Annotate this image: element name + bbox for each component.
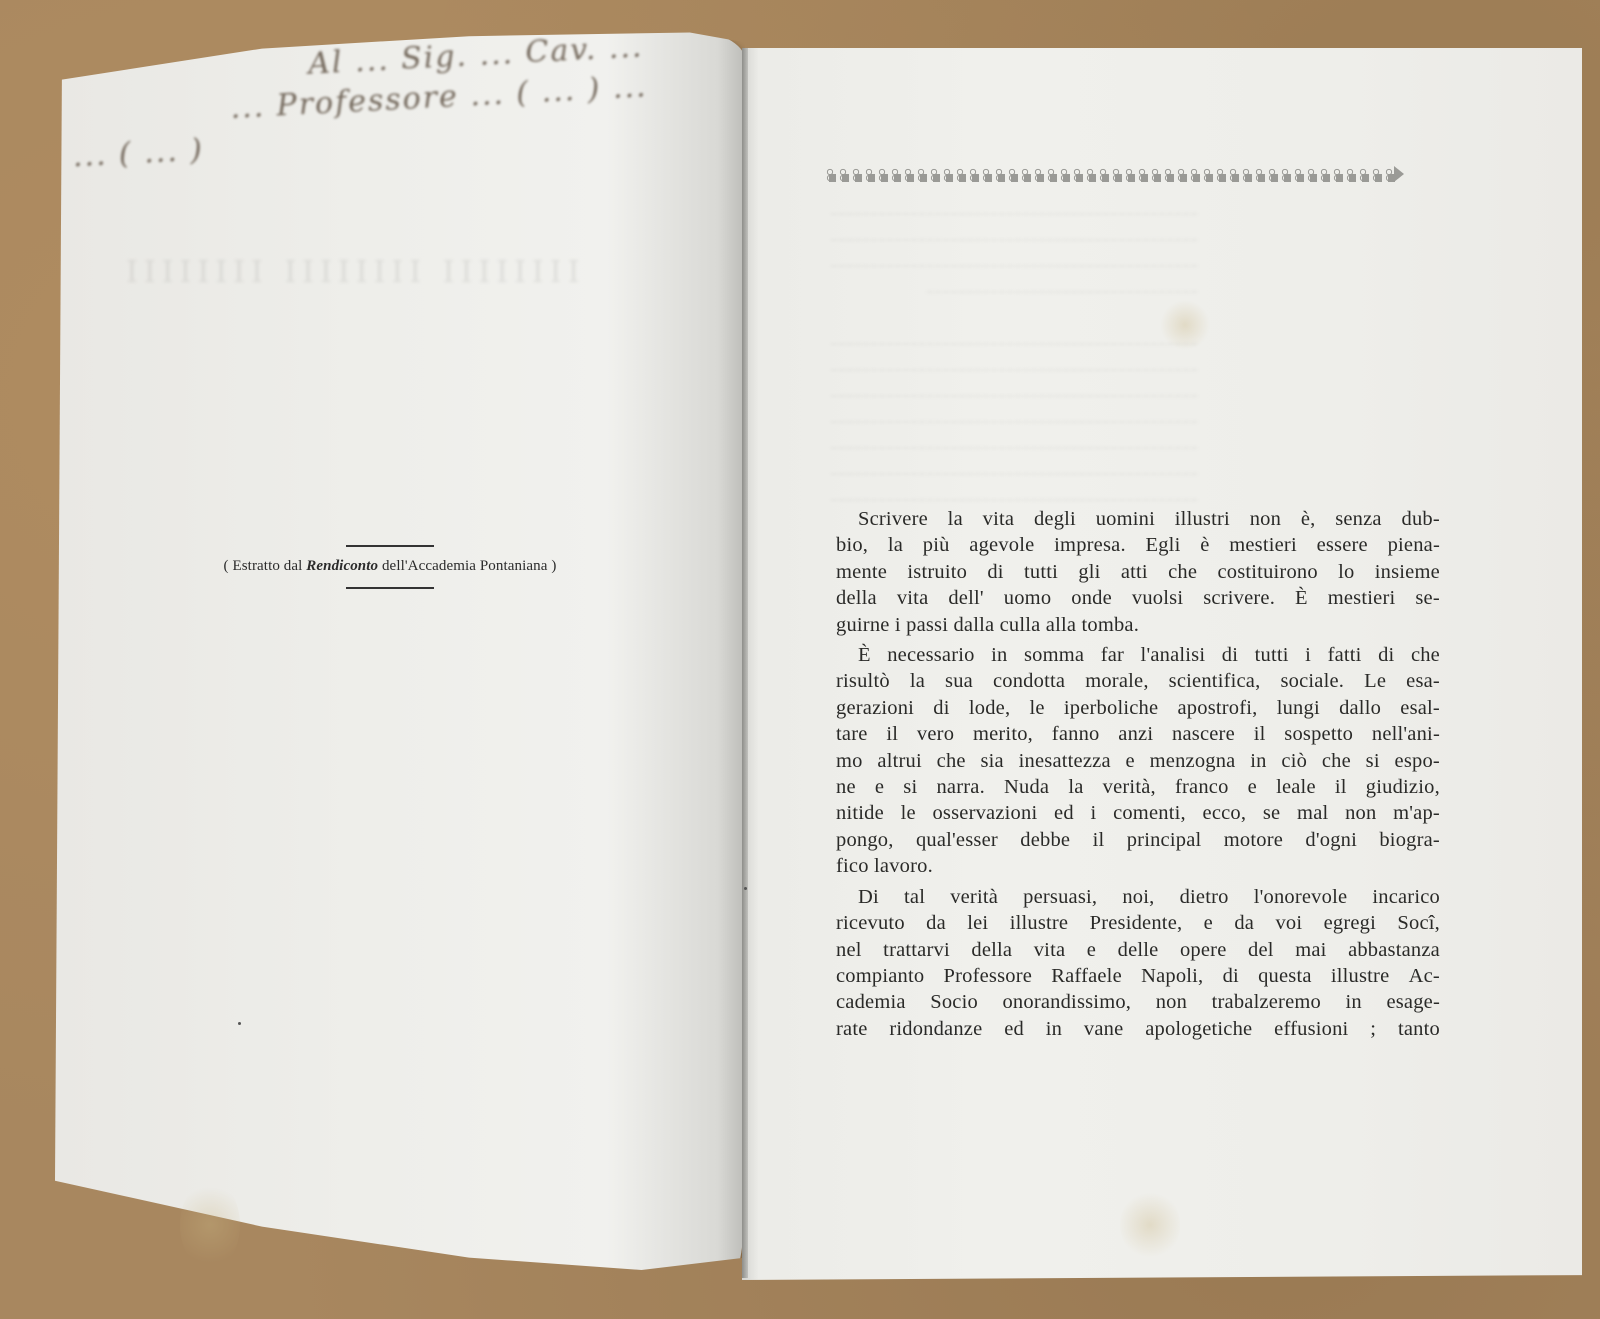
word: bio, (836, 532, 868, 558)
word: esage- (1386, 989, 1440, 1015)
word: incarico (1372, 884, 1440, 910)
word: fanno (1052, 721, 1100, 747)
word: sospetto (1284, 721, 1353, 747)
word: ciò (1281, 748, 1307, 774)
word: da (926, 910, 946, 936)
word: sia (980, 748, 1003, 774)
word: sociale. (1280, 668, 1344, 694)
text-line: Ditalveritàpersuasi,noi,dietrol'onorevol… (836, 884, 1440, 910)
rule-bottom (346, 587, 434, 589)
word: ed (1054, 800, 1074, 826)
text-line: guirne i passi dalla culla alla tomba. (836, 612, 1440, 638)
word: scrivere. (1203, 585, 1275, 611)
word: che (937, 748, 966, 774)
foxing-spot (1160, 300, 1210, 350)
text-line: rateridondanzeedinvaneapologeticheeffusi… (836, 1016, 1440, 1042)
word: vita (983, 506, 1015, 532)
word: qual'esser (916, 827, 998, 853)
word: onorandissimo, (1002, 989, 1131, 1015)
word: narra. (936, 774, 984, 800)
word: biogra- (1379, 827, 1440, 853)
word: persuasi, (1023, 884, 1097, 910)
word: e (1087, 937, 1096, 963)
word: condotta (993, 668, 1065, 694)
word: ; (1370, 1016, 1376, 1042)
word: di (987, 559, 1003, 585)
word: vita (1034, 937, 1066, 963)
foxing-spot (180, 1180, 240, 1270)
word: menzogna (1150, 748, 1236, 774)
text-line: nitideleosservazioniedicomenti,ecco,sema… (836, 800, 1440, 826)
word: far (1101, 642, 1124, 668)
word: lungi (1277, 695, 1320, 721)
word: gli (1078, 559, 1100, 585)
word: tal (904, 884, 925, 910)
left-page (55, 30, 745, 1270)
text-line: Ènecessarioinsommafarl'analisidituttiifa… (836, 642, 1440, 668)
word: verità, (1103, 774, 1156, 800)
word: in (1346, 989, 1362, 1015)
word: tutti (1255, 642, 1289, 668)
text-line: menteistruitodituttigliattichecostituiro… (836, 559, 1440, 585)
word: lei (967, 910, 988, 936)
word: piena- (1388, 532, 1440, 558)
word: tanto (1398, 1016, 1440, 1042)
word: espo- (1395, 748, 1440, 774)
word: Egli (1146, 532, 1181, 558)
word: dallo (1339, 695, 1381, 721)
ink-speck (744, 887, 747, 890)
word: tare (836, 721, 868, 747)
word: nascere (1172, 721, 1235, 747)
word: illustre (1331, 963, 1390, 989)
word: Di (858, 884, 879, 910)
word: È (858, 642, 871, 668)
word: giudizio, (1366, 774, 1440, 800)
word: essere (1317, 532, 1368, 558)
word: ne (836, 774, 856, 800)
word: Professore (944, 963, 1033, 989)
word: pongo, (836, 827, 894, 853)
word: da (1234, 910, 1254, 936)
word: ecco, (1203, 800, 1247, 826)
word: risultò (836, 668, 890, 694)
extract-note: ( Estratto dal Rendiconto dell'Accademia… (180, 545, 600, 589)
word: È (1295, 585, 1308, 611)
word: ricevuto (836, 910, 905, 936)
word: iperboliche (1064, 695, 1158, 721)
word: le (901, 800, 916, 826)
word: istruito (907, 559, 967, 585)
word: sua (945, 668, 973, 694)
word: l'onorevole (1254, 884, 1348, 910)
word: illustre (1010, 910, 1069, 936)
word: effusioni (1274, 1016, 1348, 1042)
word: impresa. (1054, 532, 1126, 558)
word: di (933, 695, 949, 721)
word: fatti (1328, 642, 1362, 668)
word: la (888, 532, 903, 558)
text-line: ricevutodaleiillustrePresidente,edavoieg… (836, 910, 1440, 936)
word: non (1345, 800, 1376, 826)
handwritten-inscription: Al ... Sig. ... Cav. ... ... Professore … (68, 23, 733, 167)
text-line: neesinarra.Nudalaverità,francoelealeilgi… (836, 774, 1440, 800)
word: illustri (1175, 506, 1230, 532)
text-line: moaltruichesiainesattezzaemenzognainciòc… (836, 748, 1440, 774)
word: più (923, 532, 950, 558)
word: dub- (1402, 506, 1440, 532)
word: non (1250, 506, 1281, 532)
word: atti (1121, 559, 1148, 585)
foxing-spot (1120, 1190, 1180, 1260)
word: noi, (1122, 884, 1154, 910)
word: i (1305, 642, 1311, 668)
word: del (1248, 937, 1274, 963)
text-line: Scriverelavitadegliuominiillustrinonè,se… (836, 506, 1440, 532)
word: di (1222, 642, 1238, 668)
word: Scrivere (858, 506, 928, 532)
word: vero (917, 721, 954, 747)
word: osservazioni (932, 800, 1037, 826)
ink-speck (238, 1022, 241, 1025)
body-text: Scriverelavitadegliuominiillustrinonè,se… (836, 506, 1440, 1046)
ornament-arrow-icon (1394, 166, 1404, 182)
word: vuolsi (1132, 585, 1183, 611)
word: opere (1180, 937, 1227, 963)
word: costituirono (1217, 559, 1317, 585)
word: dell' (948, 585, 983, 611)
word: di (1223, 963, 1239, 989)
word: mai (1295, 937, 1326, 963)
word: uomini (1096, 506, 1155, 532)
word: debbe (1020, 827, 1070, 853)
text-line: dellavitadell'uomoondevuolsiscrivere.Ème… (836, 585, 1440, 611)
word: agevole (969, 532, 1034, 558)
word: cademia (836, 989, 906, 1015)
word: in (1250, 748, 1266, 774)
word: se (1263, 800, 1280, 826)
word: mal (1297, 800, 1328, 826)
word: egregi (1324, 910, 1376, 936)
journal-title: Rendiconto (306, 558, 378, 574)
word: degli (1034, 506, 1076, 532)
word: morale, (1085, 668, 1148, 694)
word: esa- (1406, 668, 1440, 694)
word: Socî, (1397, 910, 1440, 936)
word: i (1090, 800, 1096, 826)
paragraph-2: Ènecessarioinsommafarl'analisidituttiifa… (836, 642, 1440, 880)
word: altrui (877, 748, 921, 774)
word: Napoli, (1141, 963, 1203, 989)
word: e (1204, 910, 1213, 936)
word: principal (1127, 827, 1202, 853)
word: tutti (1024, 559, 1058, 585)
word: che (1168, 559, 1197, 585)
word: m'ap- (1393, 800, 1440, 826)
word: apostrofi, (1178, 695, 1258, 721)
text-line: bio,lapiùagevoleimpresa.Eglièmestieriess… (836, 532, 1440, 558)
word: mestieri (1229, 532, 1297, 558)
word: se- (1415, 585, 1440, 611)
word: compianto (836, 963, 924, 989)
word: verità (950, 884, 998, 910)
word: anzi (1118, 721, 1153, 747)
word: Raffaele (1051, 963, 1122, 989)
text-line: compiantoProfessoreRaffaeleNapoli,diques… (836, 963, 1440, 989)
word: le (1029, 695, 1044, 721)
text-line: cademiaSocioonorandissimo,nontrabalzerem… (836, 989, 1440, 1015)
word: si (1366, 748, 1380, 774)
word: in (991, 642, 1007, 668)
extract-text: ( Estratto dal Rendiconto dell'Accademia… (180, 558, 600, 575)
word: e (1126, 748, 1135, 774)
word: la (910, 668, 925, 694)
word: lo (1338, 559, 1354, 585)
word: uomo (1004, 585, 1052, 611)
word: trabalzeremo (1212, 989, 1321, 1015)
word: mestieri (1328, 585, 1396, 611)
book-gutter (742, 48, 748, 1278)
word: la (1068, 774, 1083, 800)
word: il (1335, 774, 1347, 800)
text-line: pongo,qual'esserdebbeilprincipalmotored'… (836, 827, 1440, 853)
word: questa (1258, 963, 1312, 989)
word: d'ogni (1305, 827, 1357, 853)
word: inesattezza (1019, 748, 1111, 774)
word: esal- (1400, 695, 1440, 721)
word: Socio (930, 989, 978, 1015)
word: mo (836, 748, 863, 774)
word: insieme (1375, 559, 1440, 585)
word: rate (836, 1016, 868, 1042)
word: motore (1224, 827, 1283, 853)
word: è, (1301, 506, 1316, 532)
word: Presidente, (1090, 910, 1183, 936)
text-line: gerazionidilode,leiperbolicheapostrofi,l… (836, 695, 1440, 721)
word: il (886, 721, 898, 747)
text-line: fico lavoro. (836, 853, 1440, 879)
paragraph-1: Scriverelavitadegliuominiillustrinonè,se… (836, 506, 1440, 638)
word: scientifica, (1169, 668, 1261, 694)
word: è (1200, 532, 1209, 558)
word: ridondanze (889, 1016, 982, 1042)
word: il (1254, 721, 1266, 747)
text-line: risultòlasuacondottamorale,scientifica,s… (836, 668, 1440, 694)
word: in (1046, 1016, 1062, 1042)
word: l'analisi (1141, 642, 1206, 668)
text-line: neltrattarvidellavitaedelleoperedelmaiab… (836, 937, 1440, 963)
word: Ac- (1409, 963, 1440, 989)
word: mente (836, 559, 887, 585)
word: Le (1364, 668, 1386, 694)
word: la (948, 506, 963, 532)
word: vane (1084, 1016, 1124, 1042)
rule-top (346, 545, 434, 547)
word: non (1156, 989, 1187, 1015)
word: ed (1004, 1016, 1024, 1042)
word: gerazioni (836, 695, 914, 721)
word: franco (1175, 774, 1229, 800)
chain-ornament (826, 168, 1398, 182)
word: nitide (836, 800, 884, 826)
word: di (1378, 642, 1394, 668)
word: lode, (969, 695, 1010, 721)
word: delle (1118, 937, 1159, 963)
bleed-through-left: IIIIIIII IIIIIIII IIIIIIII (120, 255, 580, 290)
word: si (903, 774, 917, 800)
word: dietro (1180, 884, 1229, 910)
word: voi (1275, 910, 1302, 936)
word: somma (1024, 642, 1084, 668)
word: necessario (887, 642, 974, 668)
word: vita (897, 585, 929, 611)
word: della (836, 585, 877, 611)
word: apologetiche (1145, 1016, 1252, 1042)
word: trattarvi (883, 937, 950, 963)
word: il (1093, 827, 1105, 853)
word: Nuda (1004, 774, 1049, 800)
word: e (875, 774, 884, 800)
word: abbastanza (1348, 937, 1440, 963)
word: onde (1071, 585, 1112, 611)
word: nel (836, 937, 862, 963)
word: e (1248, 774, 1257, 800)
word: leale (1276, 774, 1316, 800)
text-line: tareilveromerito,fannoanzinascereilsospe… (836, 721, 1440, 747)
word: nell'ani- (1372, 721, 1440, 747)
word: che (1411, 642, 1440, 668)
paragraph-3: Ditalveritàpersuasi,noi,dietrol'onorevol… (836, 884, 1440, 1042)
word: senza (1335, 506, 1382, 532)
word: merito, (973, 721, 1033, 747)
word: che (1322, 748, 1351, 774)
word: della (971, 937, 1012, 963)
word: comenti, (1113, 800, 1186, 826)
bleed-through-right: ––––––––––––––––––––––––––––––––––––––––… (830, 200, 1198, 512)
